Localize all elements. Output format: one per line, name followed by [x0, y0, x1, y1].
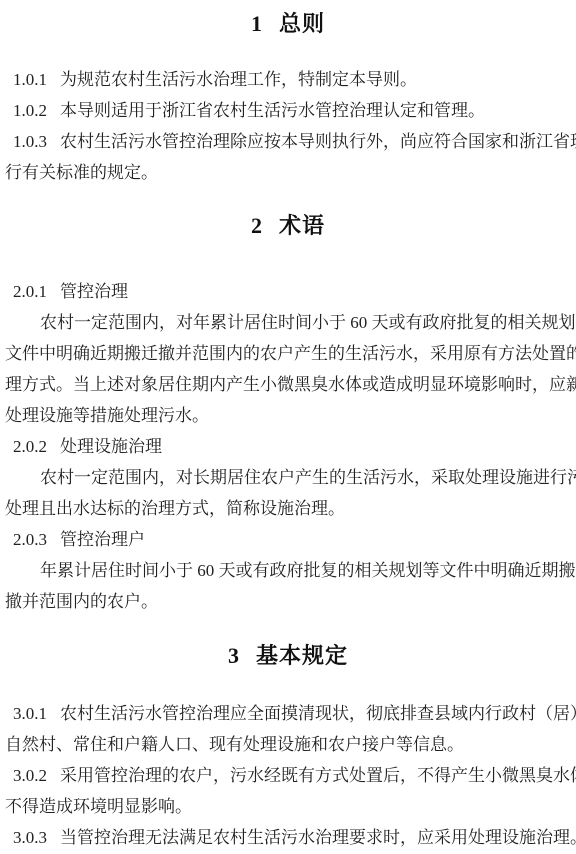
- text-line: 处理设施等措施处理污水。: [0, 400, 576, 431]
- clause-text: 农村生活污水管控治理应全面摸清现状，彻底排查县域内行政村（居）、: [60, 704, 576, 723]
- line-text: 农村一定范围内，对长期居住农户产生的生活污水，采取处理设施进行污水: [40, 468, 576, 487]
- clause-line: 1.0.1为规范农村生活污水治理工作，特制定本导则。: [0, 64, 576, 95]
- clause-line: 3.0.3当管控治理无法满足农村生活污水治理要求时，应采用处理设施治理。: [0, 822, 576, 853]
- line-text: 处理且出水达标的治理方式，简称设施治理。: [5, 499, 345, 518]
- clause-text: 本导则适用于浙江省农村生活污水管控治理认定和管理。: [60, 101, 485, 120]
- text-line: 不得造成环境明显影响。: [0, 791, 576, 822]
- clause-line: 1.0.3农村生活污水管控治理除应按本导则执行外，尚应符合国家和浙江省现: [0, 126, 576, 157]
- section-number: 1: [251, 11, 262, 36]
- clause-number: 2.0.1: [13, 276, 47, 307]
- section-heading-2: 2术语: [0, 214, 576, 238]
- clause-line: 2.0.3管控治理户: [0, 524, 576, 555]
- text-line: 理方式。当上述对象居住期内产生小微黑臭水体或造成明显环境影响时，应新建: [0, 369, 576, 400]
- line-text: 年累计居住时间小于 60 天或有政府批复的相关规划等文件中明确近期搬迁: [40, 561, 576, 580]
- line-text: 行有关标准的规定。: [5, 163, 158, 182]
- clause-text: 当管控治理无法满足农村生活污水治理要求时，应采用处理设施治理。: [60, 828, 576, 847]
- clause-text: 处理设施治理: [60, 437, 162, 456]
- line-text: 处理设施等措施处理污水。: [5, 406, 209, 425]
- clause-number: 3.0.1: [13, 698, 47, 729]
- section-heading-1: 1总则: [0, 12, 576, 36]
- document-page: 1总则 1.0.1为规范农村生活污水治理工作，特制定本导则。 1.0.2本导则适…: [0, 0, 576, 854]
- clause-number: 1.0.1: [13, 64, 47, 95]
- section-title: 术语: [279, 213, 325, 238]
- clause-line: 3.0.1农村生活污水管控治理应全面摸清现状，彻底排查县域内行政村（居）、: [0, 698, 576, 729]
- text-line: 年累计居住时间小于 60 天或有政府批复的相关规划等文件中明确近期搬迁: [0, 555, 576, 586]
- line-text: 农村一定范围内，对年累计居住时间小于 60 天或有政府批复的相关规划等: [40, 313, 576, 332]
- clause-line: 3.0.2采用管控治理的农户，污水经既有方式处置后，不得产生小微黑臭水体、: [0, 760, 576, 791]
- clause-text: 管控治理: [60, 282, 128, 301]
- clause-line: 2.0.2处理设施治理: [0, 431, 576, 462]
- text-line: 撤并范围内的农户。: [0, 586, 576, 617]
- clause-number: 1.0.3: [13, 126, 47, 157]
- text-line: 文件中明确近期搬迁撤并范围内的农户产生的生活污水，采用原有方法处置的治: [0, 338, 576, 369]
- clause-number: 1.0.2: [13, 95, 47, 126]
- text-line: 农村一定范围内，对长期居住农户产生的生活污水，采取处理设施进行污水: [0, 462, 576, 493]
- clause-number: 3.0.3: [13, 822, 47, 853]
- clause-text: 为规范农村生活污水治理工作，特制定本导则。: [60, 70, 417, 89]
- line-text: 文件中明确近期搬迁撤并范围内的农户产生的生活污水，采用原有方法处置的治: [5, 344, 576, 363]
- clause-number: 3.0.2: [13, 760, 47, 791]
- section-title: 基本规定: [256, 643, 348, 668]
- text-line: 行有关标准的规定。: [0, 157, 576, 188]
- clause-text: 农村生活污水管控治理除应按本导则执行外，尚应符合国家和浙江省现: [60, 132, 576, 151]
- line-text: 自然村、常住和户籍人口、现有处理设施和农户接户等信息。: [5, 735, 464, 754]
- text-line: 农村一定范围内，对年累计居住时间小于 60 天或有政府批复的相关规划等: [0, 307, 576, 338]
- clause-text: 管控治理户: [60, 530, 145, 549]
- section-number: 3: [228, 643, 239, 668]
- section-title: 总则: [279, 11, 325, 36]
- clause-line: 2.0.1管控治理: [0, 276, 576, 307]
- text-line: 自然村、常住和户籍人口、现有处理设施和农户接户等信息。: [0, 729, 576, 760]
- section-heading-3: 3基本规定: [0, 644, 576, 668]
- section-number: 2: [251, 213, 262, 238]
- clause-number: 2.0.2: [13, 431, 47, 462]
- text-line: 处理且出水达标的治理方式，简称设施治理。: [0, 493, 576, 524]
- clause-number: 2.0.3: [13, 524, 47, 555]
- line-text: 撤并范围内的农户。: [5, 592, 158, 611]
- clause-text: 采用管控治理的农户，污水经既有方式处置后，不得产生小微黑臭水体、: [60, 766, 576, 785]
- clause-line: 1.0.2本导则适用于浙江省农村生活污水管控治理认定和管理。: [0, 95, 576, 126]
- line-text: 理方式。当上述对象居住期内产生小微黑臭水体或造成明显环境影响时，应新建: [5, 375, 576, 394]
- line-text: 不得造成环境明显影响。: [5, 797, 192, 816]
